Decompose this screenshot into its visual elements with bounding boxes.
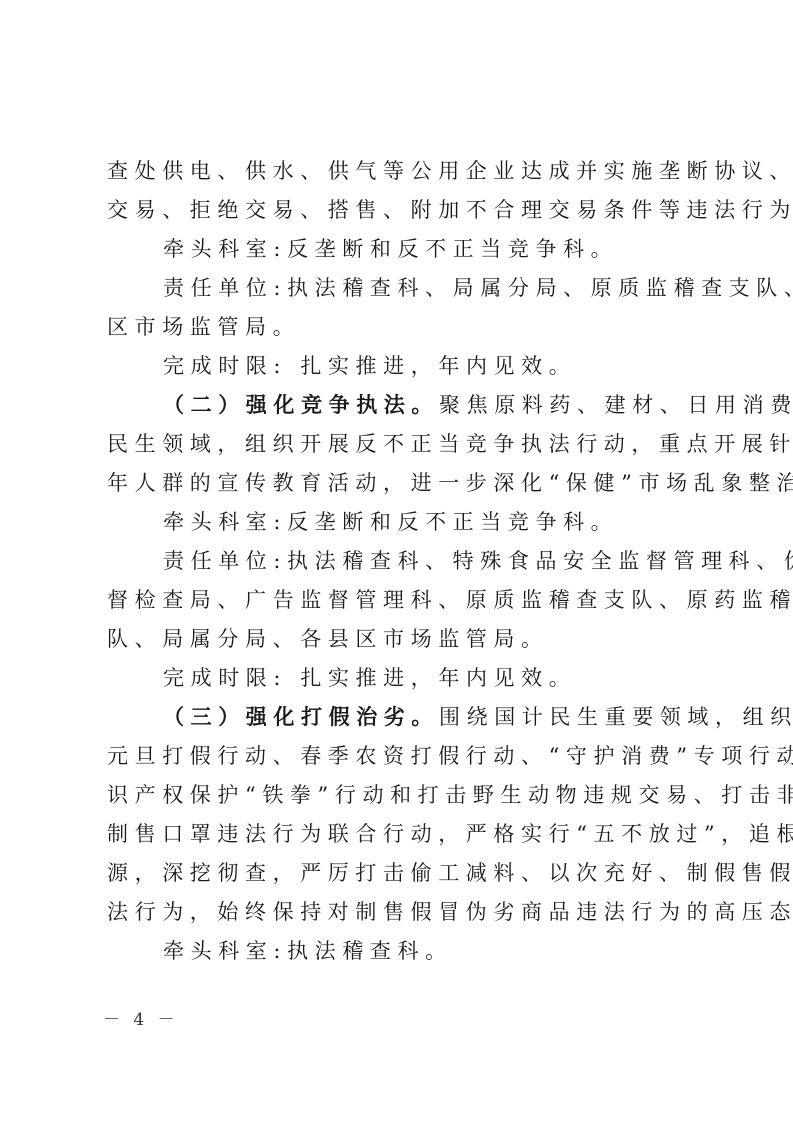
body-line-20: 法行为，始终保持对制售假冒伪劣商品违法行为的高压态势。: [107, 893, 697, 932]
section-three-title: （三）强化打假治劣。: [163, 705, 439, 729]
section-two-text: 聚焦原料药、建材、日用消费品等: [439, 393, 793, 417]
section-two-heading-line: （二）强化竞争执法。聚焦原料药、建材、日用消费品等: [107, 386, 697, 425]
responsible-units-continued: 区市场监管局。: [107, 308, 697, 347]
responsible-units-line: 责任单位:执法稽查科、局属分局、原质监稽查支队、各县: [107, 269, 697, 308]
deadline-line-2: 完成时限: 扎实推进，年内见效。: [107, 659, 697, 698]
responsible-units-continued-2a: 督检查局、广告监督管理科、原质监稽查支队、原药监稽查支: [107, 581, 697, 620]
responsible-units-line-2: 责任单位:执法稽查科、特殊食品安全监督管理科、价格监: [107, 542, 697, 581]
body-line-8: 民生领域，组织开展反不正当竞争执法行动，重点开展针对老: [107, 425, 697, 464]
document-body: 查处供电、供水、供气等公用企业达成并实施垄断协议、限定 交易、拒绝交易、搭售、附…: [107, 152, 697, 971]
lead-department-line-2: 牵头科室:反垄断和反不正当竞争科。: [107, 503, 697, 542]
body-line-1: 查处供电、供水、供气等公用企业达成并实施垄断协议、限定: [107, 152, 697, 191]
page-number: － 4 －: [103, 1005, 179, 1030]
lead-department-line-3: 牵头科室:执法稽查科。: [107, 932, 697, 971]
body-line-18: 制售口罩违法行为联合行动，严格实行“五不放过”，追根溯: [107, 815, 697, 854]
deadline-line: 完成时限: 扎实推进，年内见效。: [107, 347, 697, 386]
section-three-heading-line: （三）强化打假治劣。围绕国计民生重要领域，组织开展: [107, 698, 697, 737]
section-three-text: 围绕国计民生重要领域，组织开展: [439, 705, 793, 729]
lead-department-line: 牵头科室:反垄断和反不正当竞争科。: [107, 230, 697, 269]
responsible-units-continued-2b: 队、局属分局、各县区市场监管局。: [107, 620, 697, 659]
body-line-9: 年人群的宣传教育活动，进一步深化“保健”市场乱象整治。: [107, 464, 697, 503]
body-line-17: 识产权保护“铁拳”行动和打击野生动物违规交易、打击非法: [107, 776, 697, 815]
body-line-16: 元旦打假行动、春季农资打假行动、“守护消费”专项行动、 知: [107, 737, 697, 776]
section-two-title: （二）强化竞争执法。: [163, 393, 439, 417]
body-line-19: 源，深挖彻查，严厉打击偷工减料、以次充好、制假售假等违: [107, 854, 697, 893]
body-line-2: 交易、拒绝交易、搭售、附加不合理交易条件等违法行为。: [107, 191, 697, 230]
